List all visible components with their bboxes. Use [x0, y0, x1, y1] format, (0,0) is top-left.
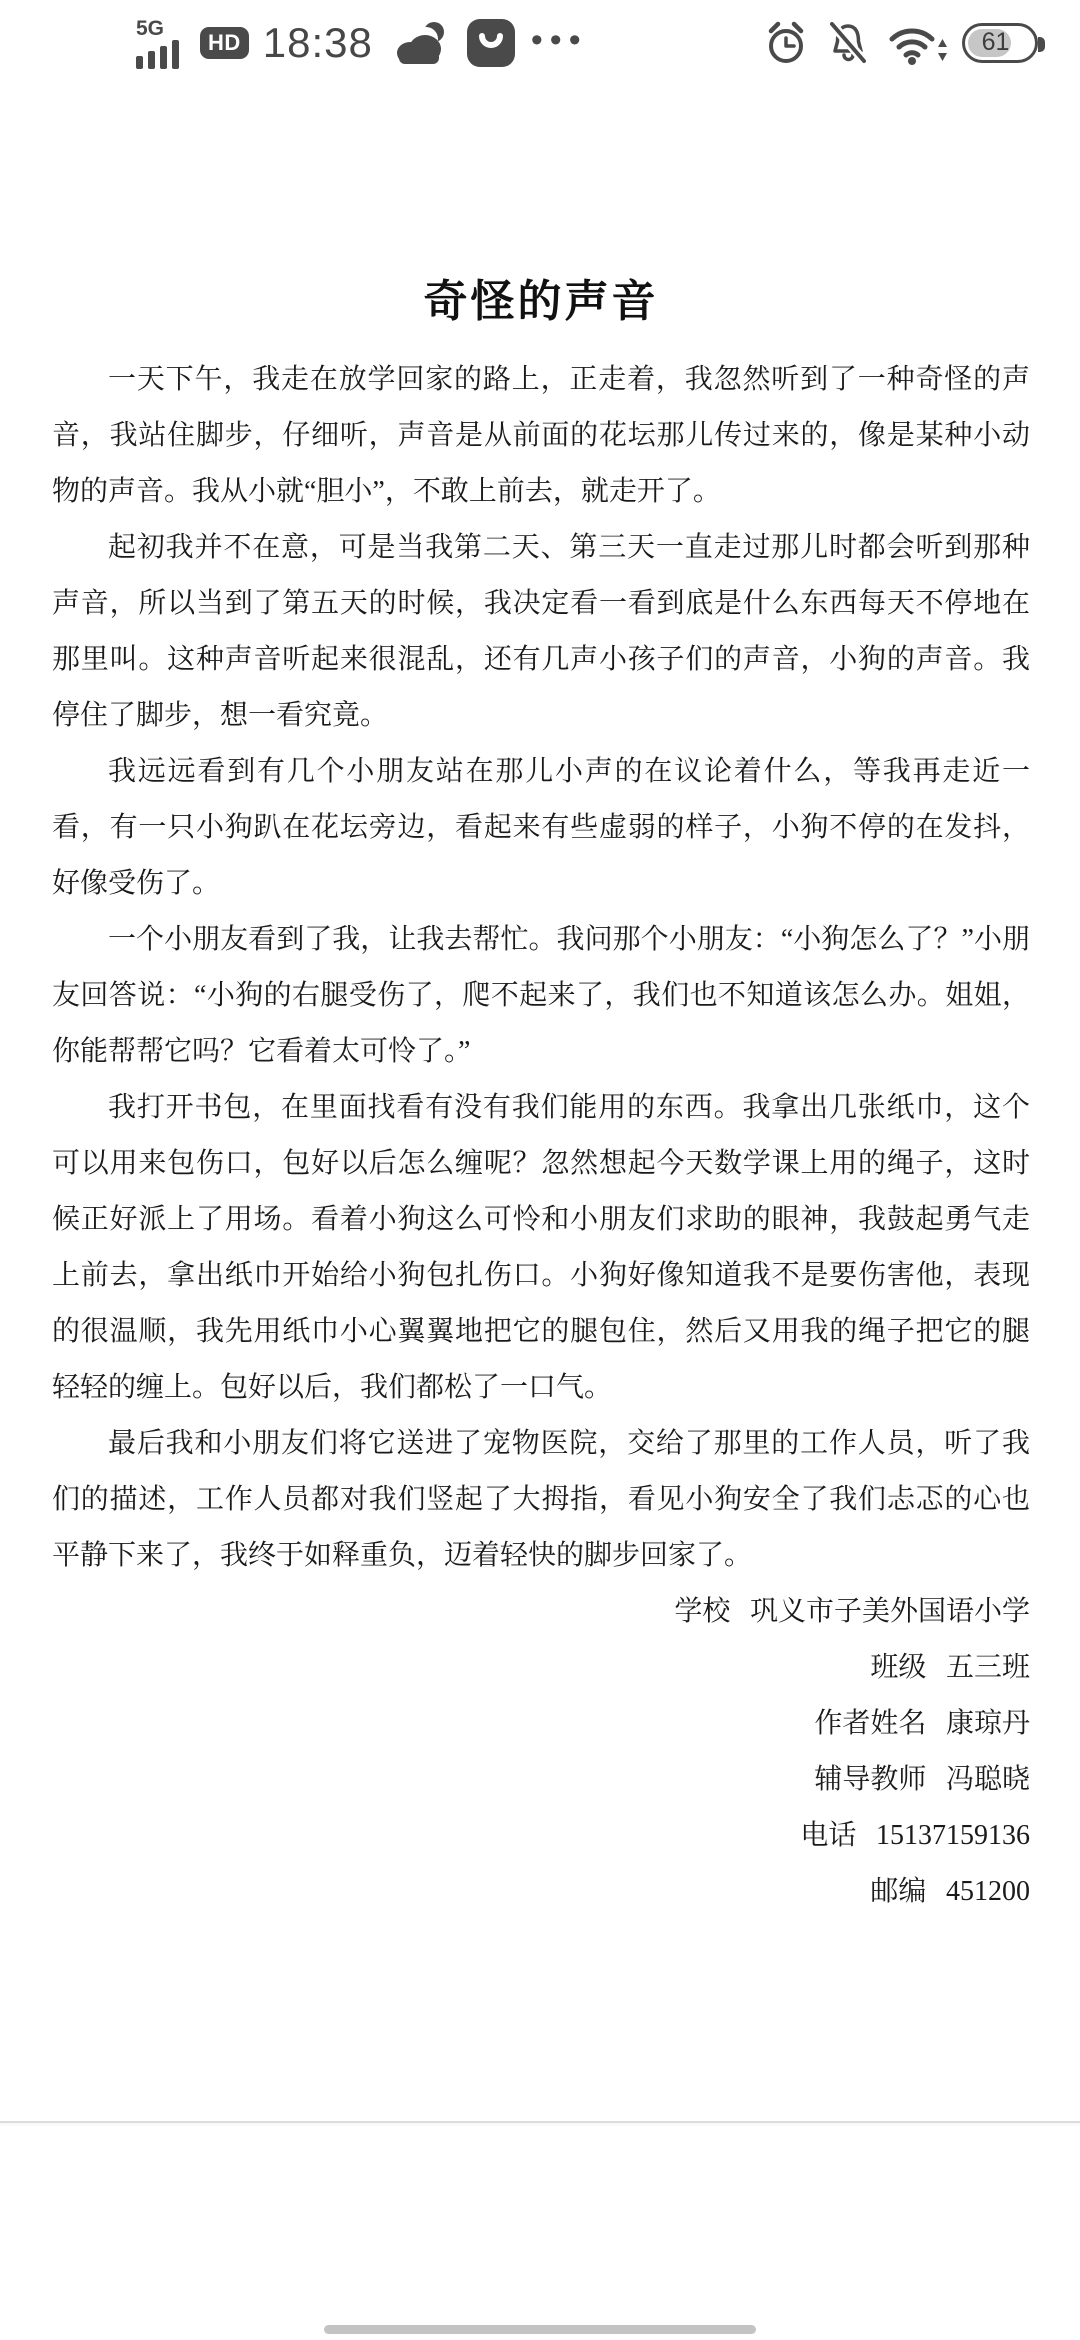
essay-paragraph-1: 一天下午，我走在放学回家的路上，正走着，我忽然听到了一种奇怪的声音，我站住脚步，…	[52, 352, 1030, 520]
essay-paragraph-3: 我远远看到有几个小朋友站在那儿小声的在议论着什么，等我再走近一看，有一只小狗趴在…	[52, 744, 1030, 912]
essay-title: 奇怪的声音	[52, 278, 1030, 326]
signature-author: 作者姓名康琼丹	[52, 1696, 1030, 1752]
home-indicator[interactable]	[324, 2325, 756, 2334]
essay-paragraph-5: 我打开书包，在里面找看有没有我们能用的东西。我拿出几张纸巾，这个可以用来包伤口，…	[52, 1080, 1030, 1416]
signature-postcode: 邮编451200	[52, 1864, 1030, 1920]
signature-block: 学校巩义市子美外国语小学 班级五三班 作者姓名康琼丹 辅导教师冯聪晓 电话151…	[52, 1584, 1030, 1920]
essay-paragraph-6: 最后我和小朋友们将它送进了宠物医院，交给了那里的工作人员，听了我们的描述，工作人…	[52, 1416, 1030, 1584]
page-break-divider	[0, 2121, 1080, 2123]
essay-paragraph-4: 一个小朋友看到了我，让我去帮忙。我问那个小朋友：“小狗怎么了？”小朋友回答说：“…	[52, 912, 1030, 1080]
essay-paragraph-2: 起初我并不在意，可是当我第二天、第三天一直走过那儿时都会听到那种声音，所以当到了…	[52, 520, 1030, 744]
signature-teacher: 辅导教师冯聪晓	[52, 1752, 1030, 1808]
signature-phone: 电话15137159136	[52, 1808, 1030, 1864]
signature-class: 班级五三班	[52, 1640, 1030, 1696]
document-page[interactable]: 奇怪的声音 一天下午，我走在放学回家的路上，正走着，我忽然听到了一种奇怪的声音，…	[52, 0, 1030, 1920]
signature-school: 学校巩义市子美外国语小学	[52, 1584, 1030, 1640]
